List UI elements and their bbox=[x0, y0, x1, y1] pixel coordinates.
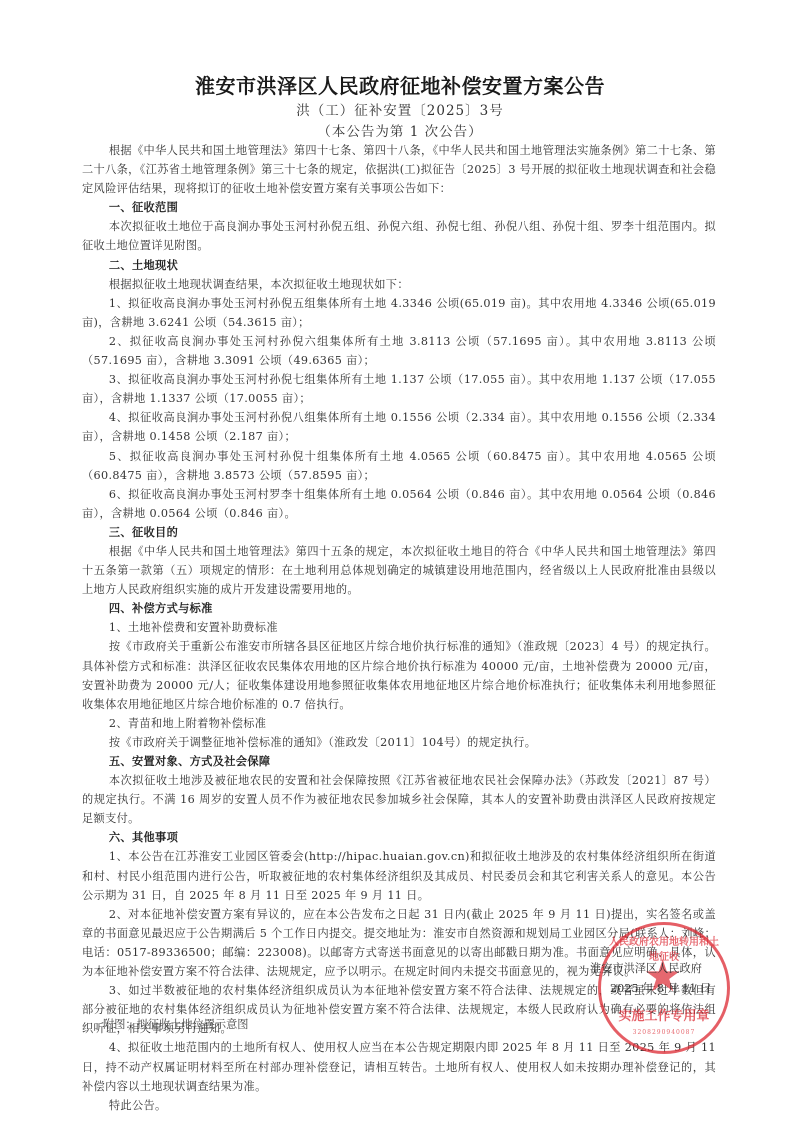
document-number: 洪（工）征补安置〔2025〕3号 bbox=[0, 99, 800, 119]
document-page: 淮安市洪泽区人民政府征地补偿安置方案公告 洪（工）征补安置〔2025〕3号 （本… bbox=[0, 0, 800, 1131]
land-item-5: 5、拟征收高良涧办事处玉河村孙倪十组集体所有土地 4.0565 公顷（60.84… bbox=[82, 447, 716, 485]
land-status-intro: 根据拟征收土地现状调查结果，本次拟征收土地现状如下： bbox=[82, 275, 716, 294]
closing-paragraph: 特此公告。 bbox=[82, 1096, 716, 1115]
other-item-4: 4、拟征收土地范围内的土地所有权人、使用权人应当在本公告规定期限内即 2025 … bbox=[82, 1038, 716, 1095]
land-item-1: 1、拟征收高良涧办事处玉河村孙倪五组集体所有土地 4.3346 公顷(65.01… bbox=[82, 294, 716, 332]
notice-sequence: （本公告为第 1 次公告） bbox=[0, 120, 800, 140]
resettlement-paragraph: 本次拟征收土地涉及被征地农民的安置和社会保障按照《江苏省被征地农民社会保障办法》… bbox=[82, 771, 716, 828]
compensation-subheading-1: 1、土地补偿费和安置补助费标准 bbox=[82, 618, 716, 637]
section-heading-other: 六、其他事项 bbox=[82, 828, 716, 847]
purpose-paragraph: 根据《中华人民共和国土地管理法》第四十五条的规定，本次拟征收土地目的符合《中华人… bbox=[82, 542, 716, 599]
section-heading-resettlement: 五、安置对象、方式及社会保障 bbox=[82, 752, 716, 771]
section-heading-scope: 一、征收范围 bbox=[82, 198, 716, 217]
land-item-6: 6、拟征收高良涧办事处玉河村罗李十组集体所有土地 0.0564 公顷（0.846… bbox=[82, 485, 716, 523]
compensation-subheading-2: 2、青苗和地上附着物补偿标准 bbox=[82, 714, 716, 733]
attachment-caption: 附图：拟征收土地位置示意图 bbox=[103, 1016, 248, 1032]
seal-code: 3208290940087 bbox=[601, 1029, 727, 1036]
other-item-1: 1、本公告在江苏淮安工业园区管委会(http://hipac.huaian.go… bbox=[82, 847, 716, 904]
signing-date: 2025 年 8 月 11 日 bbox=[610, 980, 711, 996]
section-heading-purpose: 三、征收目的 bbox=[82, 523, 716, 542]
compensation-paragraph-1: 按《市政府关于重新公布淮安市所辖各县区征地区片综合地价执行标准的通知》（淮政规〔… bbox=[82, 637, 716, 713]
land-item-2: 2、拟征收高良涧办事处玉河村孙倪六组集体所有土地 3.8113 公顷（57.16… bbox=[82, 332, 716, 370]
section-heading-land-status: 二、土地现状 bbox=[82, 256, 716, 275]
seal-center-text: 实施工作专用章 bbox=[601, 1005, 727, 1024]
scope-paragraph: 本次拟征收土地位于高良涧办事处玉河村孙倪五组、孙倪六组、孙倪七组、孙倪八组、孙倪… bbox=[82, 217, 716, 255]
document-title: 淮安市洪泽区人民政府征地补偿安置方案公告 bbox=[0, 70, 800, 99]
land-item-3: 3、拟征收高良涧办事处玉河村孙倪七组集体所有土地 1.137 公顷（17.055… bbox=[82, 370, 716, 408]
section-heading-compensation: 四、补偿方式与标准 bbox=[82, 599, 716, 618]
intro-paragraph: 根据《中华人民共和国土地管理法》第四十七条、第四十八条，《中华人民共和国土地管理… bbox=[82, 141, 716, 198]
compensation-paragraph-2: 按《市政府关于调整征地补偿标准的通知》（淮政发〔2011〕104号）的规定执行。 bbox=[82, 733, 716, 752]
signing-organization: 淮安市洪泽区人民政府 bbox=[590, 960, 702, 976]
land-item-4: 4、拟征收高良涧办事处玉河村孙倪八组集体所有土地 0.1556 公顷（2.334… bbox=[82, 408, 716, 446]
